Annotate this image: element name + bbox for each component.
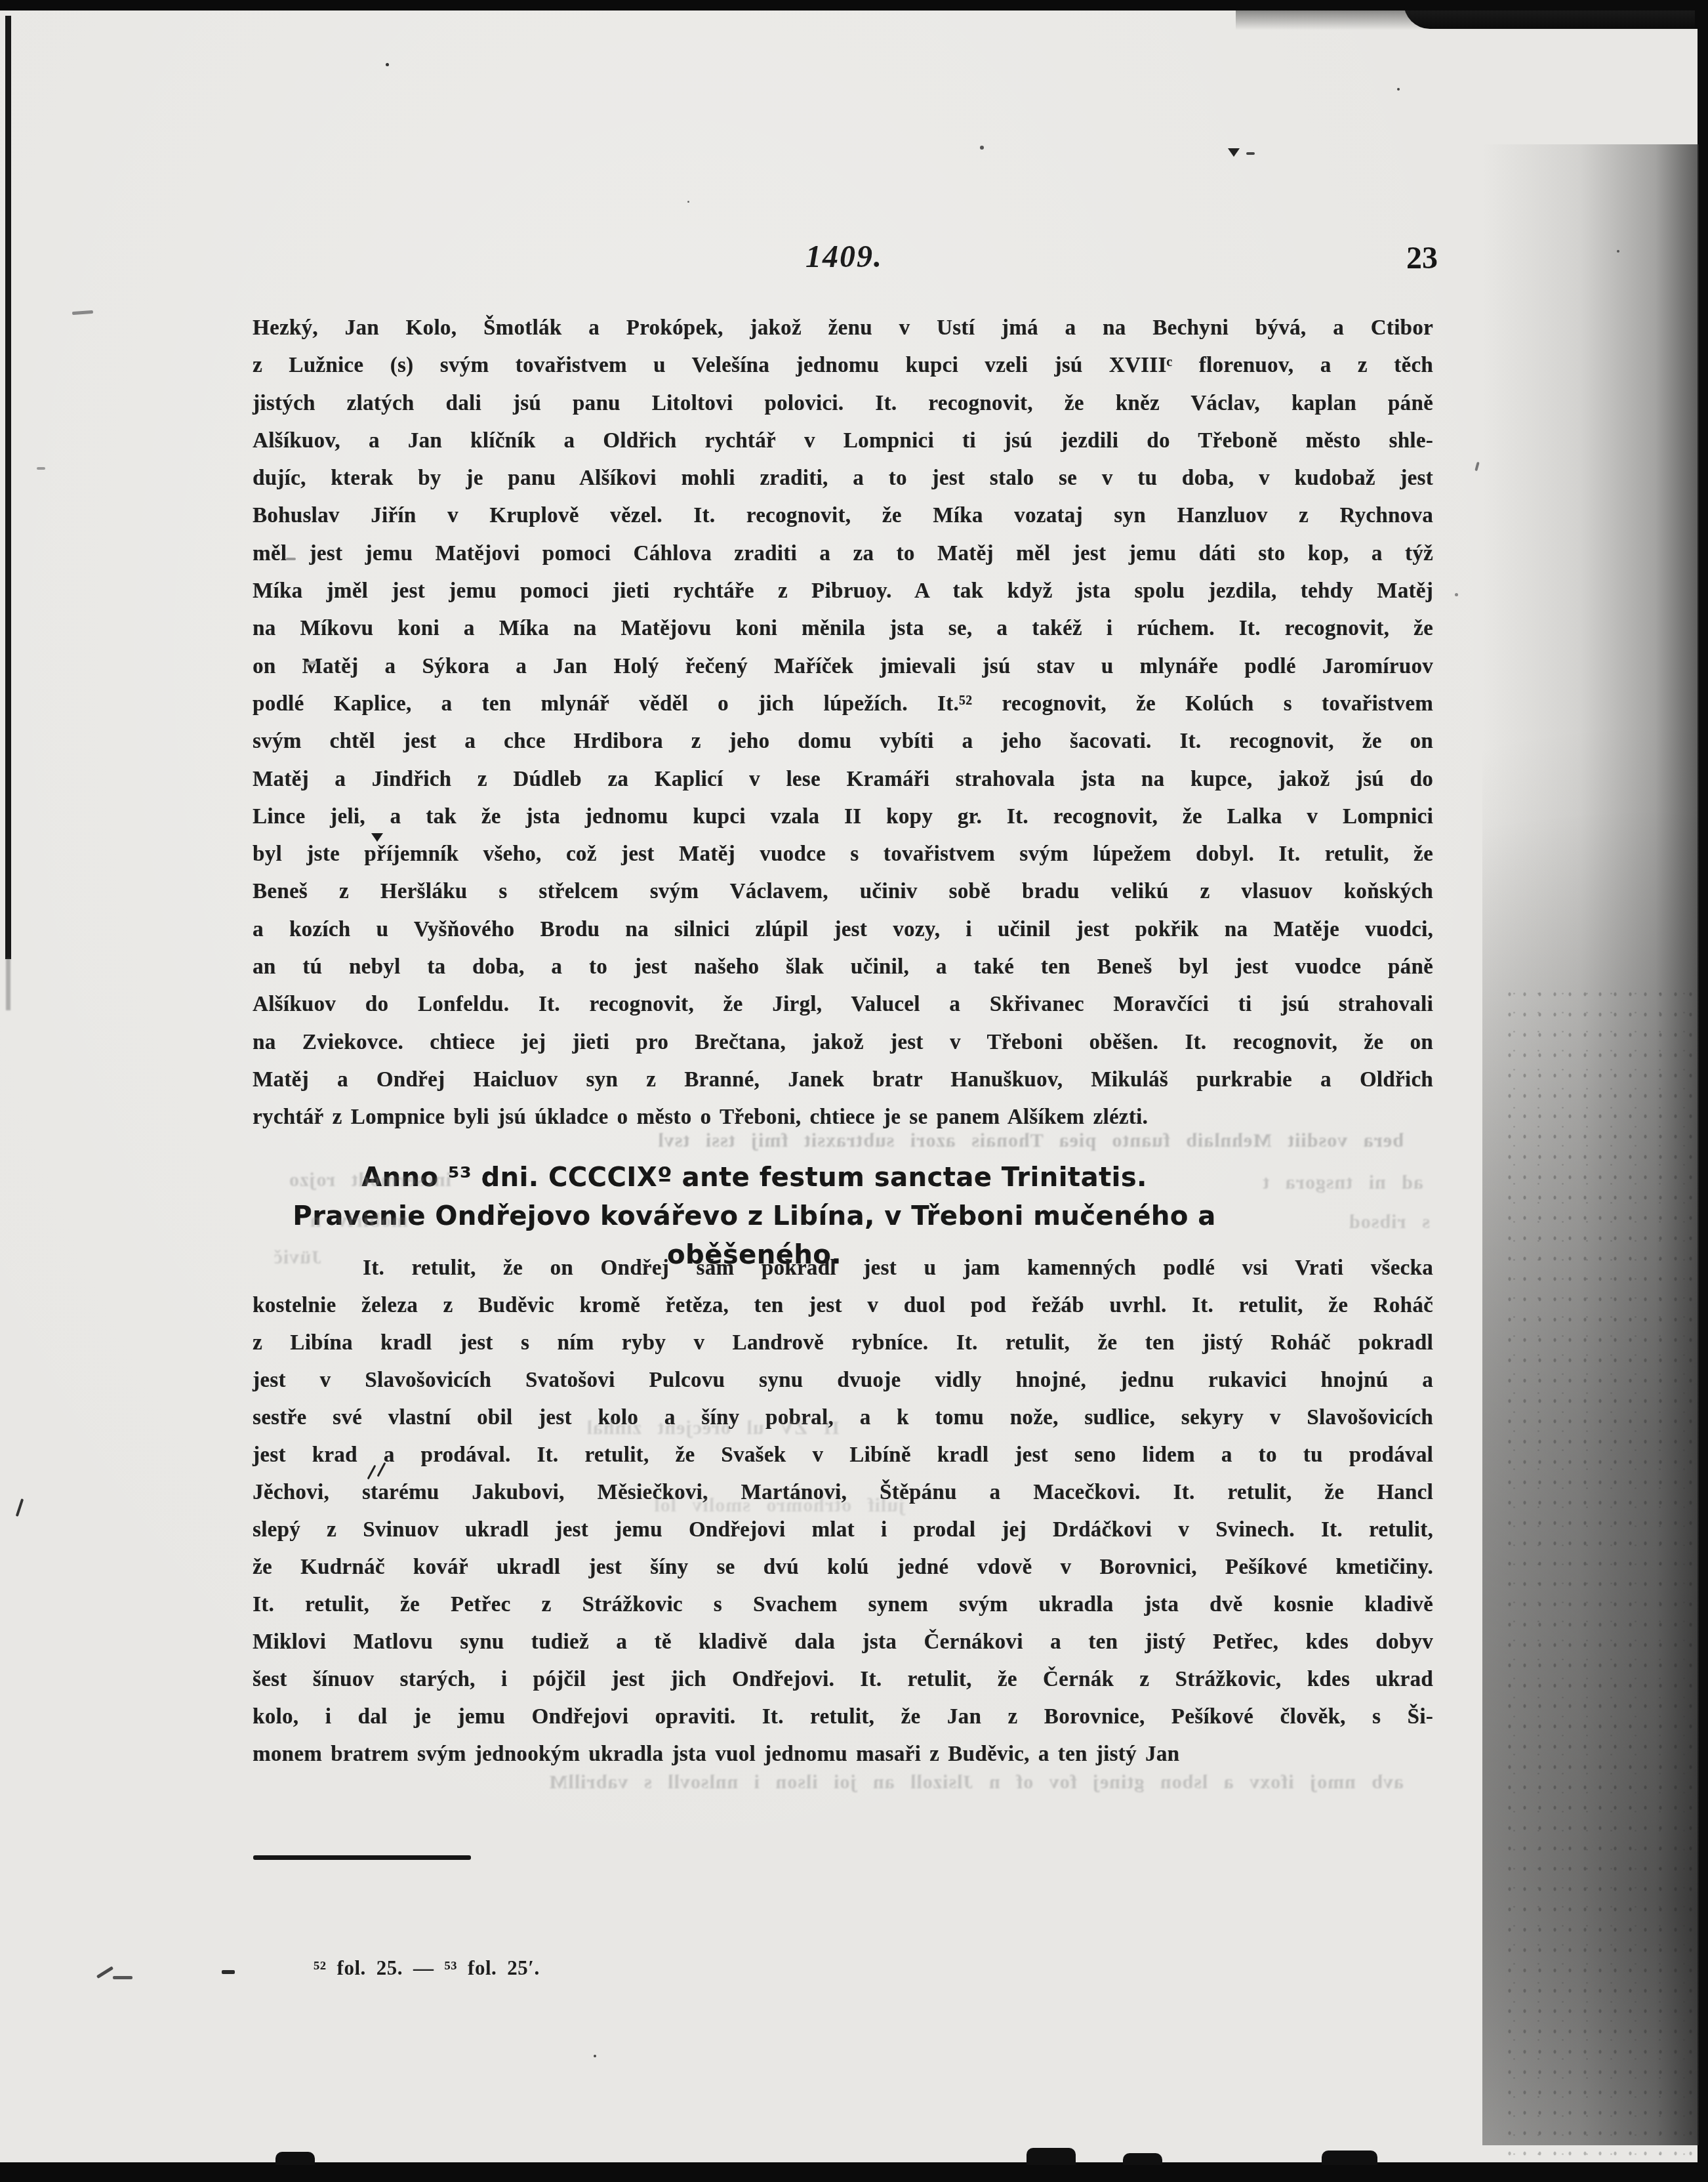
text-line: Míka jměl jest jemu pomoci jieti rychtář… (253, 573, 1433, 610)
text-line: na Zviekovce. chtiece jej jieti pro Breč… (253, 1024, 1433, 1061)
text-line: Matěj a Jindřich z Dúdleb za Kaplicí v l… (253, 761, 1433, 798)
text-line: kolo, i dal je jemu Ondřejovi opraviti. … (253, 1698, 1433, 1736)
bleedthrough-text: mobiriv n (231, 1210, 408, 1232)
page-header-year: 1409. (746, 239, 943, 275)
text-line: monem bratrem svým jednookým ukradla jst… (253, 1736, 1433, 1773)
text-line: Lince jeli, a tak že jsta jednomu kupci … (253, 798, 1433, 836)
text-line: z Libína kradl jest s ním ryby v Landrov… (253, 1325, 1433, 1362)
body-paragraph-1: Hezký, Jan Kolo, Šmotlák a Prokópek, jak… (253, 310, 1433, 1137)
text-line: měl jest jemu Matějovi pomoci Cáhlova zr… (253, 535, 1433, 573)
scan-edge-right (1698, 0, 1708, 2182)
gutter-fold-fade (6, 958, 10, 1010)
scan-edge-bump (275, 2152, 315, 2165)
text-line: dujíc, kterak by je panu Alšíkovi mohli … (253, 460, 1433, 497)
text-line: Hezký, Jan Kolo, Šmotlák a Prokópek, jak… (253, 310, 1433, 347)
ink-mark (371, 833, 383, 842)
scan-edge-bump (1322, 2151, 1377, 2165)
ink-mark (1246, 152, 1255, 155)
scan-grime-top (1236, 10, 1695, 30)
speck (980, 146, 984, 150)
pencil-mark (113, 1976, 132, 1979)
gutter-fold-line (5, 16, 11, 959)
text-line: jest v Slavošovicích Svatošovi Pulcovu s… (253, 1362, 1433, 1399)
text-line: It. retulit, že Petřec z Strážkovic s Sv… (253, 1586, 1433, 1624)
scanned-book-page: 1409. 23 Hezký, Jan Kolo, Šmotlák a Prok… (0, 0, 1708, 2182)
text-line: Bohuslav Jiřín v Kruplově vězel. It. rec… (253, 497, 1433, 535)
bleedthrough-text: s ribsod (1259, 1211, 1430, 1233)
bleedthrough-text: Jüvič (230, 1246, 321, 1269)
text-line: jest krad a prodával. It. retulit, že Sv… (253, 1437, 1433, 1474)
text-line: jistých zlatých dali jsú panu Litoltovi … (253, 385, 1433, 422)
text-line: že Kudrnáč kovář ukradl jest šíny se dvú… (253, 1549, 1433, 1586)
ink-mark (1228, 148, 1240, 157)
bleedthrough-text: incsermodt rojzo (235, 1169, 451, 1191)
text-line: kostelnie železa z Buděvic kromě řetěza,… (253, 1287, 1433, 1325)
speck (1397, 88, 1400, 91)
bleedthrough-text: julif otrhomro smoliv lol (282, 1494, 905, 1517)
bleedthrough-text: ad ni tnsgora t (1181, 1172, 1423, 1194)
text-line: It. retulit, že on Ondřej sám pokradl je… (253, 1250, 1433, 1287)
text-line: byl jste příjemník všeho, což jest Matěj… (253, 836, 1433, 873)
page-number: 23 (1383, 240, 1461, 276)
text-line: na Míkovu koni a Míka na Matějovu koni m… (253, 610, 1433, 648)
footnote-rule (253, 1855, 471, 1860)
text-line: a kozích u Vyšňového Brodu na silnici zl… (253, 911, 1433, 949)
text-line: an tú nebyl ta doba, a to jest našeho šl… (253, 949, 1433, 986)
speck (386, 63, 389, 66)
text-line: šest šínuov starých, i pójčil jest jich … (253, 1661, 1433, 1698)
scan-edge-bump (1027, 2148, 1076, 2165)
bleedthrough-text: bera vosdiit Mehnlaib fuanto piea Thonai… (262, 1130, 1404, 1152)
text-line: Beneš z Heršláku s střelcem svým Václave… (253, 873, 1433, 911)
pencil-mark (37, 467, 45, 470)
scan-edge-bottom (0, 2162, 1708, 2182)
speck (594, 2055, 596, 2057)
bleedthrough-text: II ZV ul orecjent zinhal (302, 1417, 840, 1439)
text-line: Alšíkuov do Lonfeldu. It. recognovit, že… (253, 986, 1433, 1023)
scan-edge-bump (1123, 2153, 1162, 2165)
text-line: z Lužnice (s) svým tovařistvem u Velešín… (253, 347, 1433, 384)
text-line: podlé Kaplice, a ten mlynář věděl o jich… (253, 686, 1433, 723)
speck (1617, 250, 1619, 253)
text-line: Matěj a Ondřej Haicluov syn z Branné, Ja… (253, 1061, 1433, 1099)
text-line: slepý z Svinuov ukradl jest jemu Ondřejo… (253, 1512, 1433, 1549)
text-line: on Matěj a Sýkora a Jan Holý řečený Maří… (253, 648, 1433, 686)
footnote: ⁵² fol. 25. — ⁵³ fol. 25′. (314, 1956, 540, 1980)
text-line: svým chtěl jest a chce Hrdibora z jeho d… (253, 723, 1433, 760)
bleedthrough-text: avb nmoj ifoxv a lsbon gtinej fov of n J… (262, 1771, 1404, 1794)
scan-noise-right (1502, 984, 1699, 2158)
text-line: Alšíkuov, a Jan klíčník a Oldřich rychtá… (253, 422, 1433, 460)
speck (687, 201, 689, 203)
ink-mark (222, 1970, 235, 1974)
text-line: Miklovi Matlovu synu tudiež a tě kladivě… (253, 1624, 1433, 1661)
pencil-mark (286, 558, 296, 560)
speck (1455, 593, 1458, 596)
